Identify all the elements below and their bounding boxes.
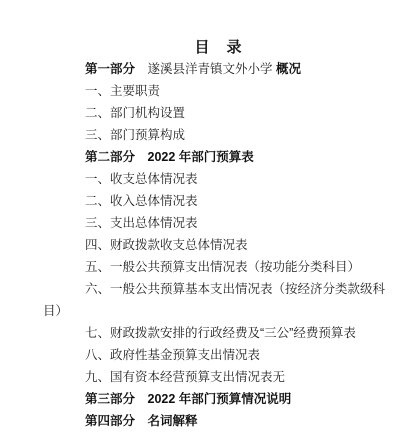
toc-item-general-public-budget-basic-expenditure: 六、一般公共预算基本支出情况表（按经济分类款级科 [43,278,394,300]
toc-item-general-public-budget-expenditure: 五、一般公共预算支出情况表（按功能分类科目） [43,256,394,278]
toc-item-admin-three-public-funds: 七、财政拨款安排的行政经费及“三公”经费预算表 [43,322,394,344]
toc-title: 目 录 [43,39,394,56]
section1-suffix: 概况 [276,62,301,76]
toc-section-2-heading: 第二部分 2022 年部门预算表 [43,146,394,168]
toc-item-revenue-overview: 二、收入总体情况表 [43,190,394,212]
toc-item-main-duties: 一、主要职责 [43,80,394,102]
toc-section-4-heading: 第四部分 名词解释 [43,410,394,432]
toc-item-general-public-budget-basic-expenditure-wrap: 目） [43,300,394,322]
toc-item-state-capital-budget: 九、国有资本经营预算支出情况表无 [43,366,394,388]
document-page: 目 录 第一部分 遂溪县洋青镇文外小学 概况 一、主要职责 二、部门机构设置 三… [0,0,414,440]
section1-label: 第一部分 [85,62,135,76]
toc-item-budget-composition: 三、部门预算构成 [43,124,394,146]
toc-item-government-fund-budget: 八、政府性基金预算支出情况表 [43,344,394,366]
toc-item-revenue-expenditure-overview: 一、收支总体情况表 [43,168,394,190]
toc-section-1-heading: 第一部分 遂溪县洋青镇文外小学 概况 [43,58,394,80]
section1-department: 遂溪县洋青镇文外小学 [135,62,276,76]
toc-item-expenditure-overview: 三、支出总体情况表 [43,212,394,234]
toc-item-fiscal-allocation-overview: 四、财政拨款收支总体情况表 [43,234,394,256]
toc-item-org-structure: 二、部门机构设置 [43,102,394,124]
toc-section-3-heading: 第三部分 2022 年部门预算情况说明 [43,388,394,410]
